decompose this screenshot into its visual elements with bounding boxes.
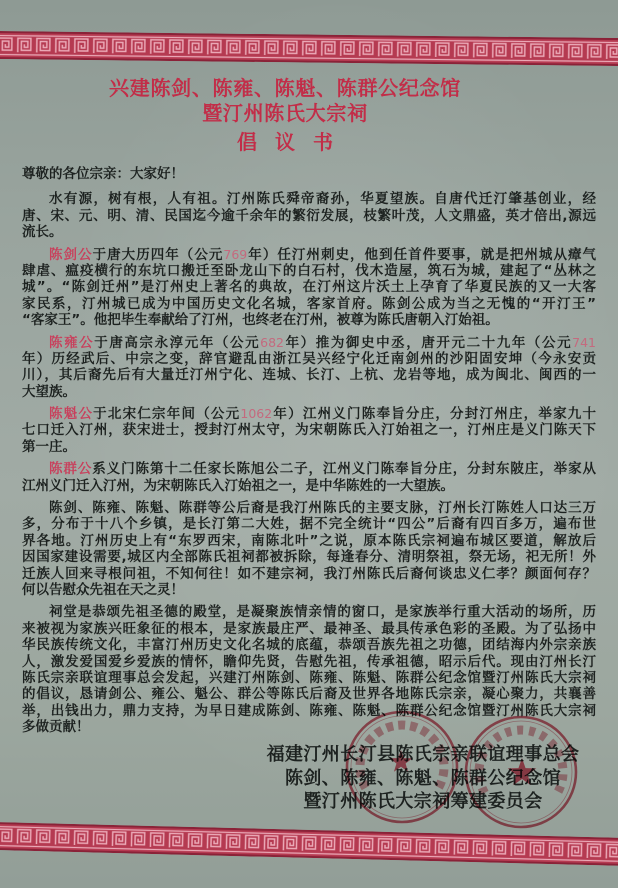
text-line: 年）历经武后、中宗之变，辞官避乱由浙江吴兴经宁化迁南剑州的沙阳固安坤（今永安贡 <box>22 351 596 367</box>
text-line: 界各地。汀州历史上有“东罗西宋，南陈北叶”之说，原本陈氏宗祠遍布城区要道，解放后 <box>22 533 596 549</box>
text-line: 祠堂是恭颂先祖圣德的殿堂，是凝聚族情亲情的窗口，是家族举行重大活动的场所，历 <box>22 604 596 620</box>
signature-line-3: 暨汀州陈氏大宗祠筹建委员会 <box>223 790 618 814</box>
paragraph-chen-qun: 陈群公系义门陈第十二任家长陈旭公二子，江州义门陈奉旨分庄，分封东陂庄，举家从 江… <box>22 461 596 494</box>
text-line: 江州义门迁入汀州，为宋朝陈氏入汀始祖之一，是中华陈姓的一大望族。 <box>22 478 596 494</box>
text-line: 七口迁入汀州，获宋进士，授封汀州太守，为宋朝陈氏入汀始祖之一，汀州庄是义门陈天下 <box>22 422 596 438</box>
text-line: 多，分布于十八个乡镇，是长汀第二大姓，据不完全统计“四公”后裔有四百多万，遍布世 <box>22 516 596 532</box>
text-line: 陈剑、陈雍、陈魁、陈群等公后裔是我汀州陈氏的主要支脉，汀州长汀陈姓人口达三万 <box>22 500 596 516</box>
signature-line-1: 福建汀州长汀县陈氏宗亲联谊理事总会 <box>223 743 618 767</box>
text-segment: 于唐高宗永淳元年（公元 <box>94 335 260 351</box>
document-body: 尊敬的各位宗亲：大家好！ 水有源，树有根，人有祖。汀州陈氏舜帝裔孙，华夏望族。自… <box>22 166 596 736</box>
text-segment: 于北宋仁宗年间（公元 <box>93 406 240 422</box>
text-line: 城”。“陈剑迁州”是汀州史上著名的典故，在汀州这片沃土上孕育了华夏民族的又一大客 <box>22 279 596 295</box>
ancestor-name: 陈魁公 <box>49 406 93 422</box>
text-line: 迁族人回来寻根问祖，不知何往！如不建宗祠，我汀州陈氏后裔何谈忠义仁孝？颜面何存？ <box>22 566 596 582</box>
text-line: 人，激发爱国爱乡爱族的情怀，瞻仰先贤，告慰先祖，传承祖德，昭示后代。现由汀州长汀 <box>22 654 596 670</box>
text-line: 陈群公系义门陈第十二任家长陈旭公二子，江州义门陈奉旨分庄，分封东陂庄，举家从 <box>22 461 596 477</box>
text-segment: 系义门陈第十二任家长陈旭公二子，江州义门陈奉旨分庄，分封东陂庄，举家从 <box>92 461 596 477</box>
text-segment: 于唐大历四年（公元 <box>93 247 224 263</box>
year-value: 741 <box>572 335 596 350</box>
title-line-3: 倡议书 <box>0 131 570 153</box>
text-segment: 年）任汀州刺史，他到任首件要事，就是把州城从瘴气 <box>247 247 596 263</box>
text-line: 川），其后裔先后有大量迁汀州宁化、连城、长汀、上杭、龙岩等地，成为闽北、闽西的一 <box>22 367 596 383</box>
paragraph-descendants: 陈剑、陈雍、陈魁、陈群等公后裔是我汀州陈氏的主要支脉，汀州长汀陈姓人口达三万 多… <box>22 500 596 598</box>
ancestor-name: 陈群公 <box>49 461 92 477</box>
text-line: 肆虐、瘟疫横行的东坑口搬迁至卧龙山下的白石村，伐木造屋，筑石为城，建起了“丛林之 <box>22 263 596 279</box>
text-segment: 年）推为御史中丞，唐开元二十九年（公元 <box>284 335 572 351</box>
title-line-2: 暨汀州陈氏大宗祠 <box>0 102 570 124</box>
text-line: “客家王”。他把毕生奉献给了汀州，也终老在汀州，被尊为陈氏唐朝入汀始祖。 <box>22 312 596 328</box>
paragraph-chen-yong: 陈雍公于唐高宗永淳元年（公元682年）推为御史中丞，唐开元二十九年（公元741 … <box>22 335 596 401</box>
year-value: 682 <box>260 335 284 350</box>
ancestor-name: 陈剑公 <box>49 247 93 263</box>
paragraph-ancestral-hall: 祠堂是恭颂先祖圣德的殿堂，是凝聚族情亲情的窗口，是家族举行重大活动的场所，历 来… <box>22 604 596 735</box>
text-line: 举，出钱出力，鼎力支持，为早日建成陈剑、陈雍、陈魁、陈群公纪念馆暨汀州陈氏大宗祠 <box>22 703 596 719</box>
text-line: 大望族。 <box>22 384 596 400</box>
paragraph-chen-jian: 陈剑公于唐大历四年（公元769年）任汀州刺史，他到任首件要事，就是把州城从瘴气 … <box>22 247 596 329</box>
text-line: 的倡议，恳请剑公、雍公、魁公、群公等陈氏后裔及世界各地陈氏宗亲，凝心聚力，共襄善 <box>22 686 596 702</box>
text-line: 因国家建设需要,城区内全部陈氏祖祠都被拆除，每逢春分、清明祭祖，祭无场，祀无所！… <box>22 549 596 565</box>
ancestor-name: 陈雍公 <box>49 335 94 351</box>
text-line: 华民族传统文化，丰富汀州历史文化名城的底蕴，恭颂吾族先祖之功德，团结海内外宗亲族 <box>22 637 596 653</box>
year-value: 769 <box>223 247 247 262</box>
signature-line-2: 陈剑、陈雍、陈魁、陈群公纪念馆 <box>223 767 618 791</box>
text-line: 第一庄。 <box>22 439 596 455</box>
text-line: 唐、宋、元、明、清、民国迄今逾千余年的繁衍发展，枝繁叶茂，人文鼎盛，英才倍出,源… <box>22 208 596 224</box>
text-line: 陈雍公于唐高宗永淳元年（公元682年）推为御史中丞，唐开元二十九年（公元741 <box>22 335 596 351</box>
paragraph-chen-kui: 陈魁公于北宋仁宗年间（公元1062年）江州义门陈奉旨分庄，分封汀州庄，举家九十 … <box>22 406 596 455</box>
signature-block: 福建汀州长汀县陈氏宗亲联谊理事总会 陈剑、陈雍、陈魁、陈群公纪念馆 暨汀州陈氏大… <box>223 743 618 814</box>
text-line: 家民系，汀州城已成为中国历史文化名城，客家首府。陈剑公成为当之无愧的“开汀王” <box>22 296 596 312</box>
text-line: 陈魁公于北宋仁宗年间（公元1062年）江州义门陈奉旨分庄，分封汀州庄，举家九十 <box>22 406 596 422</box>
text-line: 流长。 <box>22 224 596 240</box>
year-value: 1062 <box>240 406 272 421</box>
text-line: 来被视为家族兴旺象征的根本，是家族最庄严、最神圣、最具传承色彩的圣殿。为了弘扬中 <box>22 621 596 637</box>
paragraph-1: 水有源，树有根，人有祖。汀州陈氏舜帝裔孙，华夏望族。自唐代迁汀肇基创业，经 唐、… <box>22 191 596 240</box>
text-line: 陈氏宗亲联谊理事总会发起，兴建汀州陈剑、陈雍、陈魁、陈群公纪念馆暨汀州陈氏大宗祠 <box>22 670 596 686</box>
text-line: 何以告慰众先祖在天之灵！ <box>22 582 596 598</box>
text-segment: 年）江州义门陈奉旨分庄，分封汀州庄，举家九十 <box>272 406 596 422</box>
text-line: 陈剑公于唐大历四年（公元769年）任汀州刺史，他到任首件要事，就是把州城从瘴气 <box>22 247 596 263</box>
greeting: 尊敬的各位宗亲：大家好！ <box>22 166 596 182</box>
text-line: 水有源，树有根，人有祖。汀州陈氏舜帝裔孙，华夏望族。自唐代迁汀肇基创业，经 <box>22 191 596 207</box>
text-line: 多做贡献！ <box>22 719 596 735</box>
title-line-1: 兴建陈剑、陈雍、陈魁、陈群公纪念馆 <box>0 77 570 99</box>
